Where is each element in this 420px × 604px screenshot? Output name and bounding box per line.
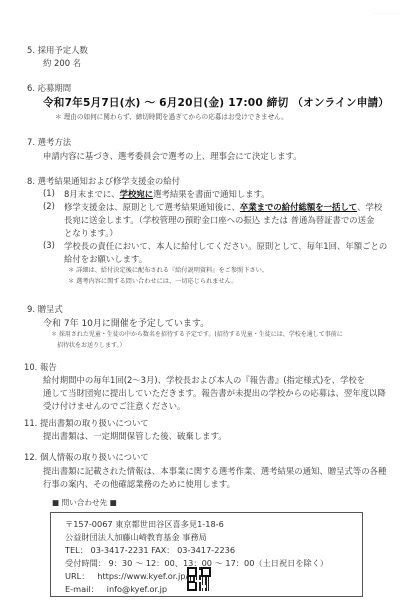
item-2-line-1: 修学支援金は、原則として選考結果通知後に、卒業までの給付総額を一括して、学校 [64,201,382,213]
item-3-number: (3) [43,240,55,250]
section-8-note-2: ＊ 選考内容に関する問い合わせには、一切応じられません。 [68,276,237,285]
contact-email-row: E-mail： info@kyef.or.jp [65,584,167,595]
emphasis-school: 学校宛に [120,189,154,199]
contact-url-row: URL： https://www.kyef.or.jp/ [65,571,188,582]
section-9-note-2: 招待状をお送りします。） [57,340,126,349]
section-7-body: 申請内容に基づき、選考委員会で選考の上、理事会にて決定します。 [43,150,302,162]
section-7-heading: 7. 選考方法 [27,136,71,148]
item-3-line-1: 学校長の責任において、本人に給付してください。原則として、毎年1回、年額ごとの [64,240,387,252]
section-9-body: 令和 7年 10月に開催を予定しています。 [43,316,209,329]
application-period: 令和7年5月7日(水) ～ 6月20日(金) 17:00 締切 （オンライン申請… [43,95,389,110]
item-3-line-2: 給付をお願いします。 [64,253,147,265]
contact-box: 〒157-0067 東京都世田谷区喜多見1-18-6 公益財団法人加藤山崎教育基… [50,512,363,597]
section-12-line-1: 提出書類に記載された情報は、本事業に関する選考作業、選考結果の通知、贈呈式等の各… [43,465,386,477]
emphasis-lump-sum: 卒業までの給付総額を一括して [240,202,357,212]
section-9-note-1: ＊ 採用された児童・生徒の中から数名を招待する予定です。(招待する児童・生徒には… [51,329,343,338]
section-10-heading: 10. 報告 [24,361,57,373]
section-5-heading: 5. 採用予定人数 [27,44,88,56]
section-10-line-3: 受け付けませんのでご注意ください。 [43,400,185,412]
watermark: ………… [374,9,400,16]
item-2-number: (2) [43,201,55,211]
section-8-note-1: ＊ 詳細は、給付決定後に配布される『給付説明資料』をご参照下さい。 [68,265,268,274]
section-10-line-2: 通して当財団宛に提出していただきます。報告書が未提出の学校からの応募は、翌年度以… [43,387,386,399]
section-12-heading: 12. 個人情報の取り扱いについて [24,451,149,463]
section-6-note: ＊ 理由の如何に関わらず、締切時間を過ぎてからの応募はお受けできません。 [55,111,288,121]
contact-address: 〒157-0067 東京都世田谷区喜多見1-18-6 [65,519,224,530]
section-6-heading: 6. 応募期間 [27,82,71,94]
section-11-heading: 11. 提出書類の取り扱いについて [24,417,149,429]
contact-email-link[interactable]: info@kyef.or.jp [107,584,167,594]
contact-url-link[interactable]: https://www.kyef.or.jp/ [97,571,188,581]
item-1-text: 8月末までに、学校宛に選考結果を書面で通知します。 [64,188,270,200]
section-5-body: 約 200 名 [43,57,81,69]
section-8-heading: 8. 選考結果通知および修学支援金の給付 [27,175,180,187]
section-10-line-1: 給付期間中の毎年1回(2～3月)、学校長および本人の『報告書』(指定様式)を、学… [43,374,365,386]
item-2-line-3: となります。） [64,227,118,239]
contact-title: ■ 問い合わせ先 ■ [52,497,117,508]
contact-phone-fax: TEL： 03-3417-2231 FAX： 03-3417-2236 [65,545,235,556]
contact-organization: 公益財団法人加藤山崎教育基金 事務局 [65,532,207,543]
section-9-heading: 9. 贈呈式 [27,303,63,315]
qr-code-icon [187,567,211,591]
section-12-line-2: 行事の案内、その他確認業務のために使用します。 [43,478,235,490]
item-2-line-2: 長宛に送金します。（学校管理の預貯金口座への振込 または 普通為替証書での送金 [64,214,374,226]
item-1-number: (1) [43,188,55,198]
section-11-body: 提出書類は、一定期間保管した後、破棄します。 [43,430,227,442]
